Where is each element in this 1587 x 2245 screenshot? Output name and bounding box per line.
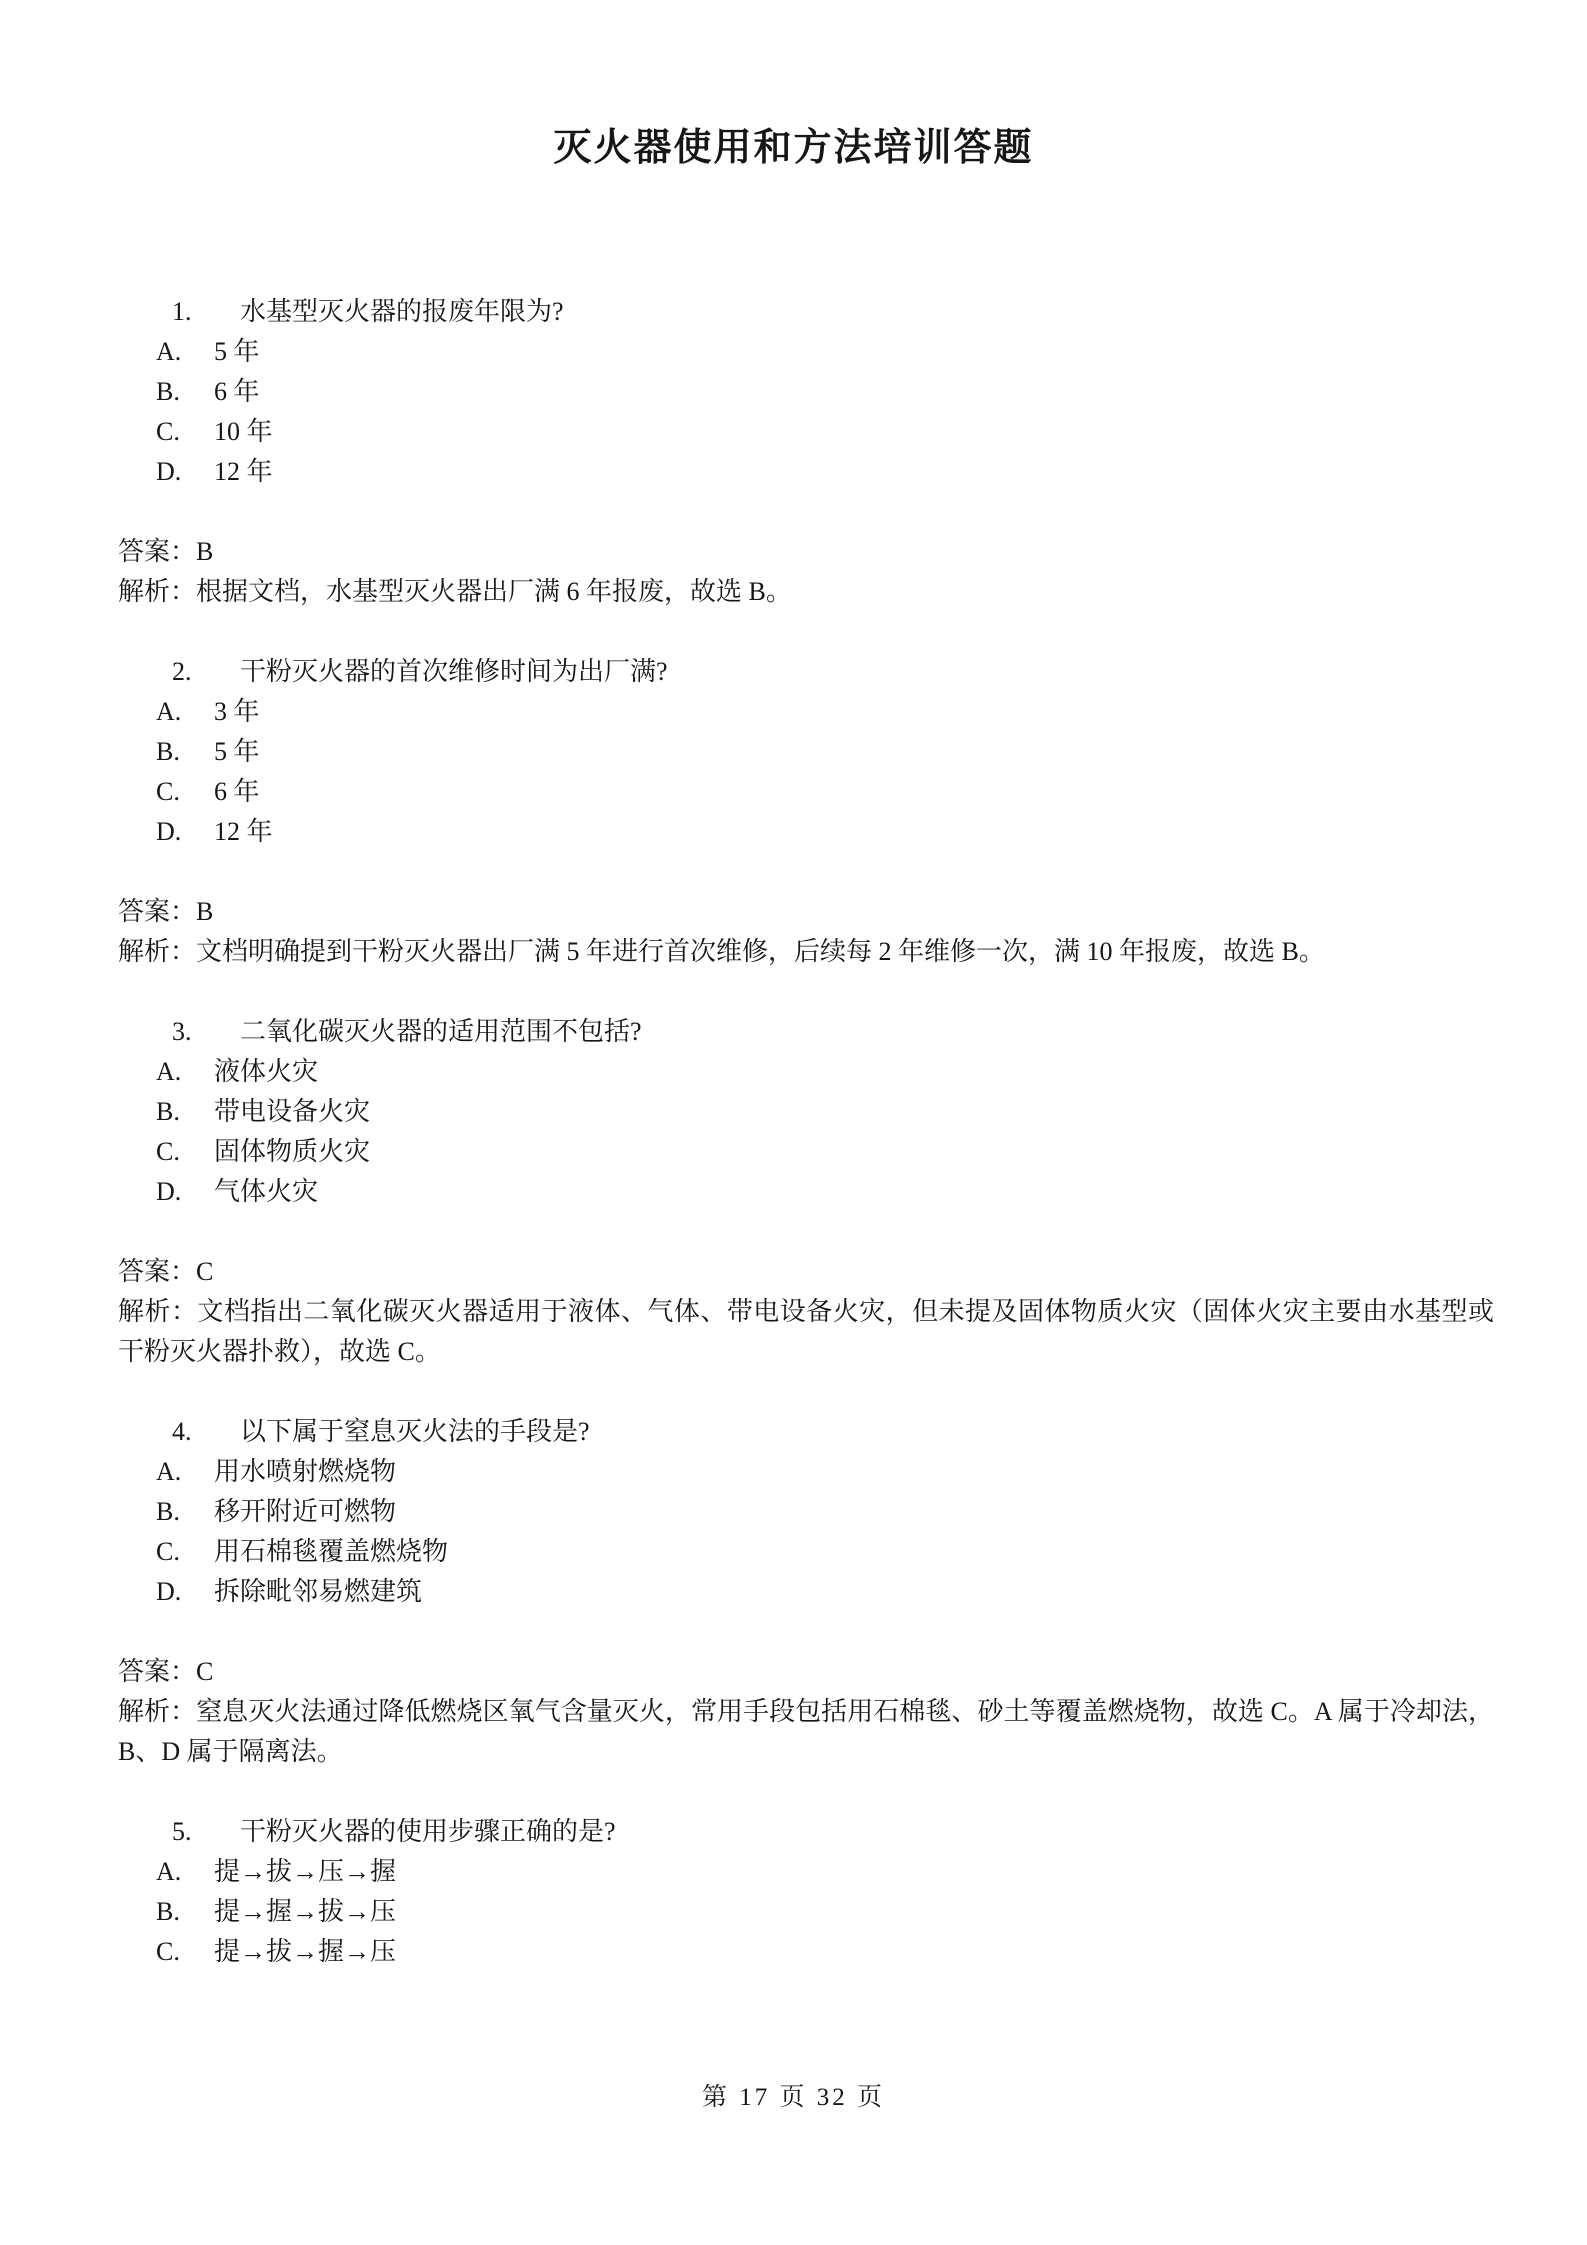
option-text: 5 年 — [214, 737, 260, 766]
spacer — [118, 1612, 1494, 1652]
analysis-line: 解析：根据文档，水基型灭火器出厂满 6 年报废，故选 B。 — [118, 572, 1494, 612]
question-text: 水基型灭火器的报废年限为? — [240, 297, 564, 326]
option-row: A.提→拔→压→握 — [118, 1852, 1494, 1892]
spacer — [118, 1212, 1494, 1252]
option-row: A.液体火灾 — [118, 1052, 1494, 1092]
option-label: B. — [156, 1492, 214, 1532]
option-row: C.10 年 — [118, 412, 1494, 452]
question-block-5: 5.干粉灭火器的使用步骤正确的是? A.提→拔→压→握 B.提→握→拔→压 C.… — [118, 1812, 1494, 1972]
option-label: A. — [156, 1852, 214, 1892]
option-row: C.固体物质火灾 — [118, 1132, 1494, 1172]
spacer — [118, 972, 1494, 1012]
option-text: 5 年 — [214, 337, 260, 366]
option-row: B.6 年 — [118, 372, 1494, 412]
option-label: B. — [156, 372, 214, 412]
question-number: 3. — [172, 1012, 240, 1052]
analysis-line: 解析：文档明确提到干粉灭火器出厂满 5 年进行首次维修，后续每 2 年维修一次，… — [118, 932, 1494, 972]
option-text: 用石棉毯覆盖燃烧物 — [214, 1537, 448, 1566]
answer-label: 答案： — [118, 537, 196, 566]
option-row: B.提→握→拔→压 — [118, 1892, 1494, 1932]
page-title: 灭火器使用和方法培训答题 — [0, 122, 1587, 174]
option-text: 12 年 — [214, 457, 273, 486]
option-row: A.用水喷射燃烧物 — [118, 1452, 1494, 1492]
question-number: 1. — [172, 292, 240, 332]
analysis-line: 解析：文档指出二氧化碳灭火器适用于液体、气体、带电设备火灾，但未提及固体物质火灾… — [118, 1292, 1494, 1372]
option-row: B.移开附近可燃物 — [118, 1492, 1494, 1532]
answer-value: B — [196, 897, 213, 926]
question-block-4: 4.以下属于窒息灭火法的手段是? A.用水喷射燃烧物 B.移开附近可燃物 C.用… — [118, 1412, 1494, 1812]
option-row: B.带电设备火灾 — [118, 1092, 1494, 1132]
option-text: 12 年 — [214, 817, 273, 846]
answer-value: B — [196, 537, 213, 566]
option-text: 用水喷射燃烧物 — [214, 1457, 396, 1486]
option-label: D. — [156, 452, 214, 492]
option-label: C. — [156, 412, 214, 452]
option-text: 固体物质火灾 — [214, 1137, 370, 1166]
option-label: B. — [156, 732, 214, 772]
option-label: D. — [156, 1572, 214, 1612]
option-text: 提→拔→握→压 — [214, 1937, 396, 1966]
answer-value: C — [196, 1657, 213, 1686]
spacer — [118, 1372, 1494, 1412]
option-label: A. — [156, 1452, 214, 1492]
analysis-text: 文档指出二氧化碳灭火器适用于液体、气体、带电设备火灾，但未提及固体物质火灾（固体… — [118, 1297, 1494, 1366]
question-number: 2. — [172, 652, 240, 692]
option-text: 3 年 — [214, 697, 260, 726]
option-text: 6 年 — [214, 377, 260, 406]
option-label: A. — [156, 692, 214, 732]
document-body: 1.水基型灭火器的报废年限为? A.5 年 B.6 年 C.10 年 D.12 … — [118, 292, 1494, 1972]
option-row: C.6 年 — [118, 772, 1494, 812]
analysis-line: 解析：窒息灭火法通过降低燃烧区氧气含量灭火，常用手段包括用石棉毯、砂土等覆盖燃烧… — [118, 1692, 1494, 1772]
option-text: 带电设备火灾 — [214, 1097, 370, 1126]
option-label: A. — [156, 1052, 214, 1092]
question-title: 4.以下属于窒息灭火法的手段是? — [118, 1412, 1494, 1452]
option-row: D.气体火灾 — [118, 1172, 1494, 1212]
option-row: D.12 年 — [118, 812, 1494, 852]
spacer — [118, 1772, 1494, 1812]
analysis-label: 解析： — [118, 1697, 196, 1726]
answer-label: 答案： — [118, 1257, 196, 1286]
option-label: C. — [156, 772, 214, 812]
answer-line: 答案：B — [118, 892, 1494, 932]
answer-line: 答案：C — [118, 1652, 1494, 1692]
analysis-text: 窒息灭火法通过降低燃烧区氧气含量灭火，常用手段包括用石棉毯、砂土等覆盖燃烧物，故… — [118, 1697, 1494, 1766]
answer-label: 答案： — [118, 1657, 196, 1686]
option-text: 液体火灾 — [214, 1057, 318, 1086]
answer-value: C — [196, 1257, 213, 1286]
option-label: C. — [156, 1532, 214, 1572]
option-label: D. — [156, 1172, 214, 1212]
analysis-text: 文档明确提到干粉灭火器出厂满 5 年进行首次维修，后续每 2 年维修一次，满 1… — [196, 937, 1325, 966]
option-label: B. — [156, 1092, 214, 1132]
option-row: C.用石棉毯覆盖燃烧物 — [118, 1532, 1494, 1572]
option-label: A. — [156, 332, 214, 372]
option-row: A.3 年 — [118, 692, 1494, 732]
spacer — [118, 492, 1494, 532]
answer-line: 答案：B — [118, 532, 1494, 572]
question-title: 5.干粉灭火器的使用步骤正确的是? — [118, 1812, 1494, 1852]
option-row: B.5 年 — [118, 732, 1494, 772]
spacer — [118, 852, 1494, 892]
question-title: 3.二氧化碳灭火器的适用范围不包括? — [118, 1012, 1494, 1052]
question-block-2: 2.干粉灭火器的首次维修时间为出厂满? A.3 年 B.5 年 C.6 年 D.… — [118, 652, 1494, 1012]
analysis-label: 解析： — [118, 937, 196, 966]
analysis-label: 解析： — [118, 1297, 197, 1326]
analysis-label: 解析： — [118, 577, 196, 606]
analysis-text: 根据文档，水基型灭火器出厂满 6 年报废，故选 B。 — [196, 577, 792, 606]
page-footer: 第 17 页 32 页 — [0, 2078, 1587, 2118]
spacer — [118, 612, 1494, 652]
option-row: A.5 年 — [118, 332, 1494, 372]
option-row: D.12 年 — [118, 452, 1494, 492]
question-text: 以下属于窒息灭火法的手段是? — [240, 1417, 590, 1446]
question-title: 1.水基型灭火器的报废年限为? — [118, 292, 1494, 332]
answer-label: 答案： — [118, 897, 196, 926]
option-row: C.提→拔→握→压 — [118, 1932, 1494, 1972]
answer-line: 答案：C — [118, 1252, 1494, 1292]
question-text: 二氧化碳灭火器的适用范围不包括? — [240, 1017, 642, 1046]
question-block-1: 1.水基型灭火器的报废年限为? A.5 年 B.6 年 C.10 年 D.12 … — [118, 292, 1494, 652]
option-text: 拆除毗邻易燃建筑 — [214, 1577, 422, 1606]
option-label: D. — [156, 812, 214, 852]
option-label: C. — [156, 1132, 214, 1172]
option-text: 6 年 — [214, 777, 260, 806]
option-text: 10 年 — [214, 417, 273, 446]
option-row: D.拆除毗邻易燃建筑 — [118, 1572, 1494, 1612]
question-text: 干粉灭火器的首次维修时间为出厂满? — [240, 657, 668, 686]
question-block-3: 3.二氧化碳灭火器的适用范围不包括? A.液体火灾 B.带电设备火灾 C.固体物… — [118, 1012, 1494, 1412]
option-text: 气体火灾 — [214, 1177, 318, 1206]
question-text: 干粉灭火器的使用步骤正确的是? — [240, 1817, 616, 1846]
option-label: C. — [156, 1932, 214, 1972]
question-number: 5. — [172, 1812, 240, 1852]
option-text: 提→拔→压→握 — [214, 1857, 396, 1886]
question-number: 4. — [172, 1412, 240, 1452]
option-label: B. — [156, 1892, 214, 1932]
question-title: 2.干粉灭火器的首次维修时间为出厂满? — [118, 652, 1494, 692]
option-text: 移开附近可燃物 — [214, 1497, 396, 1526]
option-text: 提→握→拔→压 — [214, 1897, 396, 1926]
